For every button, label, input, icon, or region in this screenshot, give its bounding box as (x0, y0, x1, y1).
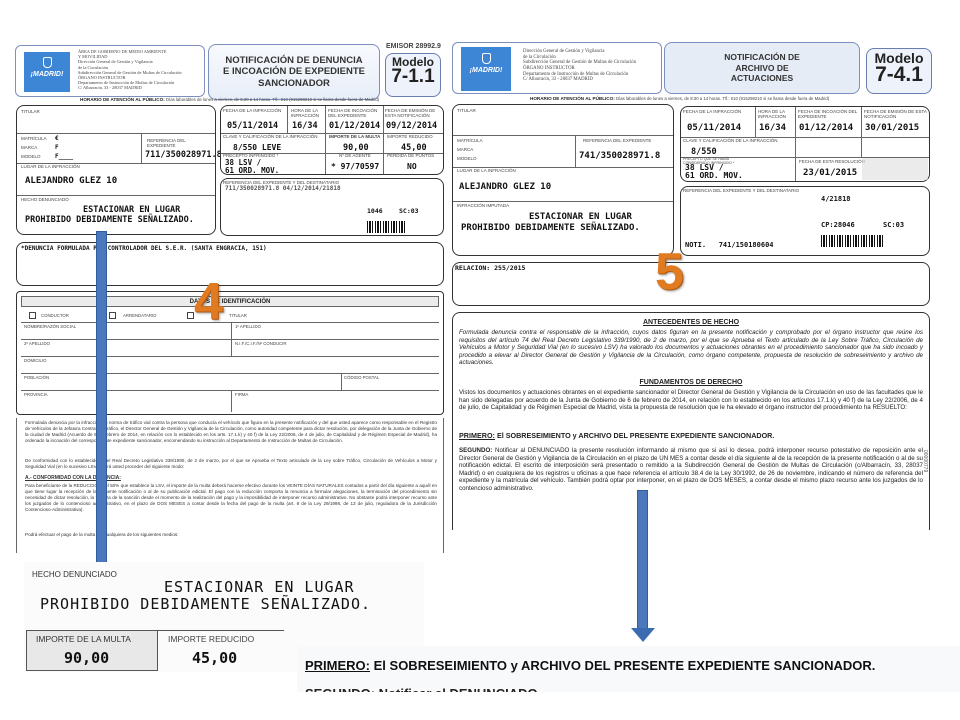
relacion-box: RELACION: 255/2015 (452, 262, 930, 306)
step-number-5: 5 (655, 246, 684, 298)
left-document-title: NOTIFICACIÓN DE DENUNCIA E INCOACIÓN DE … (208, 44, 380, 100)
plate-value: € (55, 135, 59, 142)
callout-reduced-value: 45,00 (192, 649, 237, 667)
left-infraction-date: 05/11/2014 (227, 121, 278, 131)
callout-offense-label: HECHO DENUNCIADO (32, 570, 117, 579)
right-infraction-date: 05/11/2014 (687, 123, 741, 133)
callout-amounts: IMPORTE DE LA MULTA 90,00 IMPORTE REDUCI… (26, 630, 284, 670)
left-dates-block: FECHA DE LA INFRACCIÓN HORA DE LA INFRAC… (220, 105, 444, 175)
step-number-4: 4 (194, 276, 223, 328)
resolution-date: 23/01/2015 (803, 168, 857, 178)
right-document: ¡MADRID! Dirección General de Gestión y … (450, 40, 960, 530)
left-infraction-time: 16/34 (292, 121, 318, 131)
left-department-text: ÁREA DE GOBIERNO DE MEDIO AMBIENTE Y MOV… (78, 49, 206, 91)
notification-number: NOTI. 741/150180604 (685, 241, 774, 249)
relacion-text: RELACION: 255/2015 (455, 264, 525, 272)
callout-offense-line1: ESTACIONAR EN LUGAR (164, 578, 355, 596)
right-precept-line2: 61 ORD. MOV. (685, 172, 743, 180)
left-offense-line1: ESTACIONAR EN LUGAR (83, 205, 180, 215)
left-offense-code: 8/550 LEVE (233, 143, 281, 152)
right-initiation-date: 01/12/2014 (799, 123, 853, 133)
checkbox-titular[interactable] (187, 312, 194, 319)
fundamentos-text: Vistos los documentos y actuaciones obra… (459, 389, 923, 412)
issuer-code: EMISOR 28992.9 (386, 43, 441, 50)
reduced-amount: 45,00 (401, 143, 427, 153)
right-barcode (821, 235, 885, 247)
resolution-body: ANTECEDENTES DE HECHO Formulada denuncia… (452, 312, 930, 530)
right-offense-line2: PROHIBIDO DEBIDAMENTE SEÑALIZADO. (461, 223, 640, 233)
side-code: 00000779 (922, 450, 928, 472)
madrid-logo: ¡MADRID! (461, 47, 511, 91)
fundamentos-heading: FUNDAMENTOS DE DERECHO (453, 379, 929, 386)
left-initiation-date: 01/12/2014 (329, 121, 380, 131)
right-header-logo-box: ¡MADRID! Dirección General de Gestión y … (452, 42, 662, 94)
right-issue-date: 30/01/2015 (865, 123, 919, 133)
postal-code: CP:28046 (821, 221, 855, 229)
right-infraction-place: ALEJANDRO GLEZ 10 (459, 182, 551, 192)
segundo-clause: SEGUNDO: Notificar al DENUNCIADO la pres… (459, 447, 923, 492)
arrow-left-shaft (96, 231, 107, 567)
arrow-right-head-icon (631, 628, 655, 642)
left-note-text: *DENUNCIA FORMULADA POR CONTROLADOR DEL … (21, 245, 267, 252)
right-department-text: Dirección General de Gestión y Vigilanci… (523, 49, 663, 83)
left-recipient-block: REFERENCIA DEL EXPEDIENTE Y DEL DESTINAT… (220, 178, 444, 236)
right-hours-line: HORARIO DE ATENCIÓN AL PÚBLICO: Días lab… (530, 96, 829, 101)
identification-title: DATOS DE IDENTIFICACIÓN (21, 296, 439, 307)
right-recipient-ref: 4/21818 (821, 195, 851, 203)
arrow-right-shaft (637, 490, 648, 630)
madrid-crest-icon (482, 53, 491, 64)
right-offense-line1: ESTACIONAR EN LUGAR (529, 212, 632, 222)
agent-number: * 97/70597 (331, 162, 379, 171)
callout-segundo-partial: SEGUNDO: Notificar al DENUNCIADO (305, 686, 538, 692)
callout-fine-label: IMPORTE DE LA MULTA (36, 634, 131, 644)
identification-section: DATOS DE IDENTIFICACIÓN CONDUCTOR ARREND… (16, 291, 444, 415)
madrid-crest-icon (43, 57, 52, 68)
callout-reduced-label: IMPORTE REDUCIDO (168, 634, 254, 644)
antecedentes-heading: ANTECEDENTES DE HECHO (453, 319, 929, 326)
left-document: ¡MADRID! ÁREA DE GOBIERNO DE MEDIO AMBIE… (0, 40, 450, 550)
left-recipient-ref: 711/350028971.8 04/12/2014/21818 (225, 185, 341, 192)
left-issue-date: 09/12/2014 (386, 121, 437, 131)
right-titular-block: TITULAR MATRÍCULA MARCA MODELO REFERENCI… (452, 104, 674, 256)
right-document-title: NOTIFICACIÓN DE ARCHIVO DE ACTUACIONES (664, 42, 860, 94)
points-loss: NO (407, 162, 417, 171)
right-case-reference: 741/350028971.8 (579, 151, 660, 161)
right-model-badge: Modelo 7-4.1 (866, 48, 932, 94)
left-model-badge: Modelo 7-1.1 (385, 53, 441, 97)
model-value: F____ (55, 153, 73, 160)
left-ref-code: 1046 (367, 207, 383, 215)
right-offense-code: 8/550 (691, 147, 717, 157)
left-sc-code: SC:03 (399, 207, 419, 215)
right-sc-code: SC:03 (883, 221, 904, 229)
left-barcode (367, 221, 405, 233)
right-recipient-block: REFERENCIA DEL EXPEDIENTE Y DEL DESTINAT… (680, 186, 930, 256)
left-precept-line2: 61 ORD. MOV. (225, 167, 279, 175)
right-infraction-time: 16/34 (759, 123, 786, 133)
left-infraction-place: ALEJANDRO GLEZ 10 (25, 176, 117, 186)
callout-primero: PRIMERO: El SOBRESEIMIENTO y ARCHIVO DEL… (305, 658, 875, 673)
callout-offense-line2: PROHIBIDO DEBIDAMENTE SEÑALIZADO. (40, 595, 371, 613)
callout-fine-value: 90,00 (64, 649, 109, 667)
left-hours-line: HORARIO DE ATENCIÓN AL PÚBLICO: Días lab… (80, 97, 379, 102)
antecedentes-text: Formulada denuncia contra el responsable… (459, 329, 923, 367)
checkbox-arrendatario[interactable] (109, 312, 116, 319)
brand-value: F (55, 144, 59, 151)
fine-amount: 90,00 (343, 143, 369, 153)
callout-right: PRIMERO: El SOBRESEIMIENTO y ARCHIVO DEL… (297, 646, 960, 692)
left-case-reference: 711/350028971.8 (145, 150, 222, 160)
primero-clause: PRIMERO: El SOBRESEIMIENTO y ARCHIVO DEL… (459, 431, 923, 440)
right-dates-block: FECHA DE LA INFRACCIÓN HORA DE LA INFRAC… (680, 106, 930, 182)
checkbox-conductor[interactable] (29, 312, 36, 319)
left-body-text: Formulada denuncia por la infracción de … (16, 418, 444, 553)
left-header-logo-box: ¡MADRID! ÁREA DE GOBIERNO DE MEDIO AMBIE… (15, 45, 205, 97)
madrid-logo: ¡MADRID! (24, 52, 70, 92)
left-note-box: *DENUNCIA FORMULADA POR CONTROLADOR DEL … (16, 242, 444, 286)
left-offense-line2: PROHIBIDO DEBIDAMENTE SEÑALIZADO. (25, 215, 194, 225)
left-titular-block: TITULAR MATRÍCULA MARCA MODELO € F F____… (16, 105, 216, 235)
